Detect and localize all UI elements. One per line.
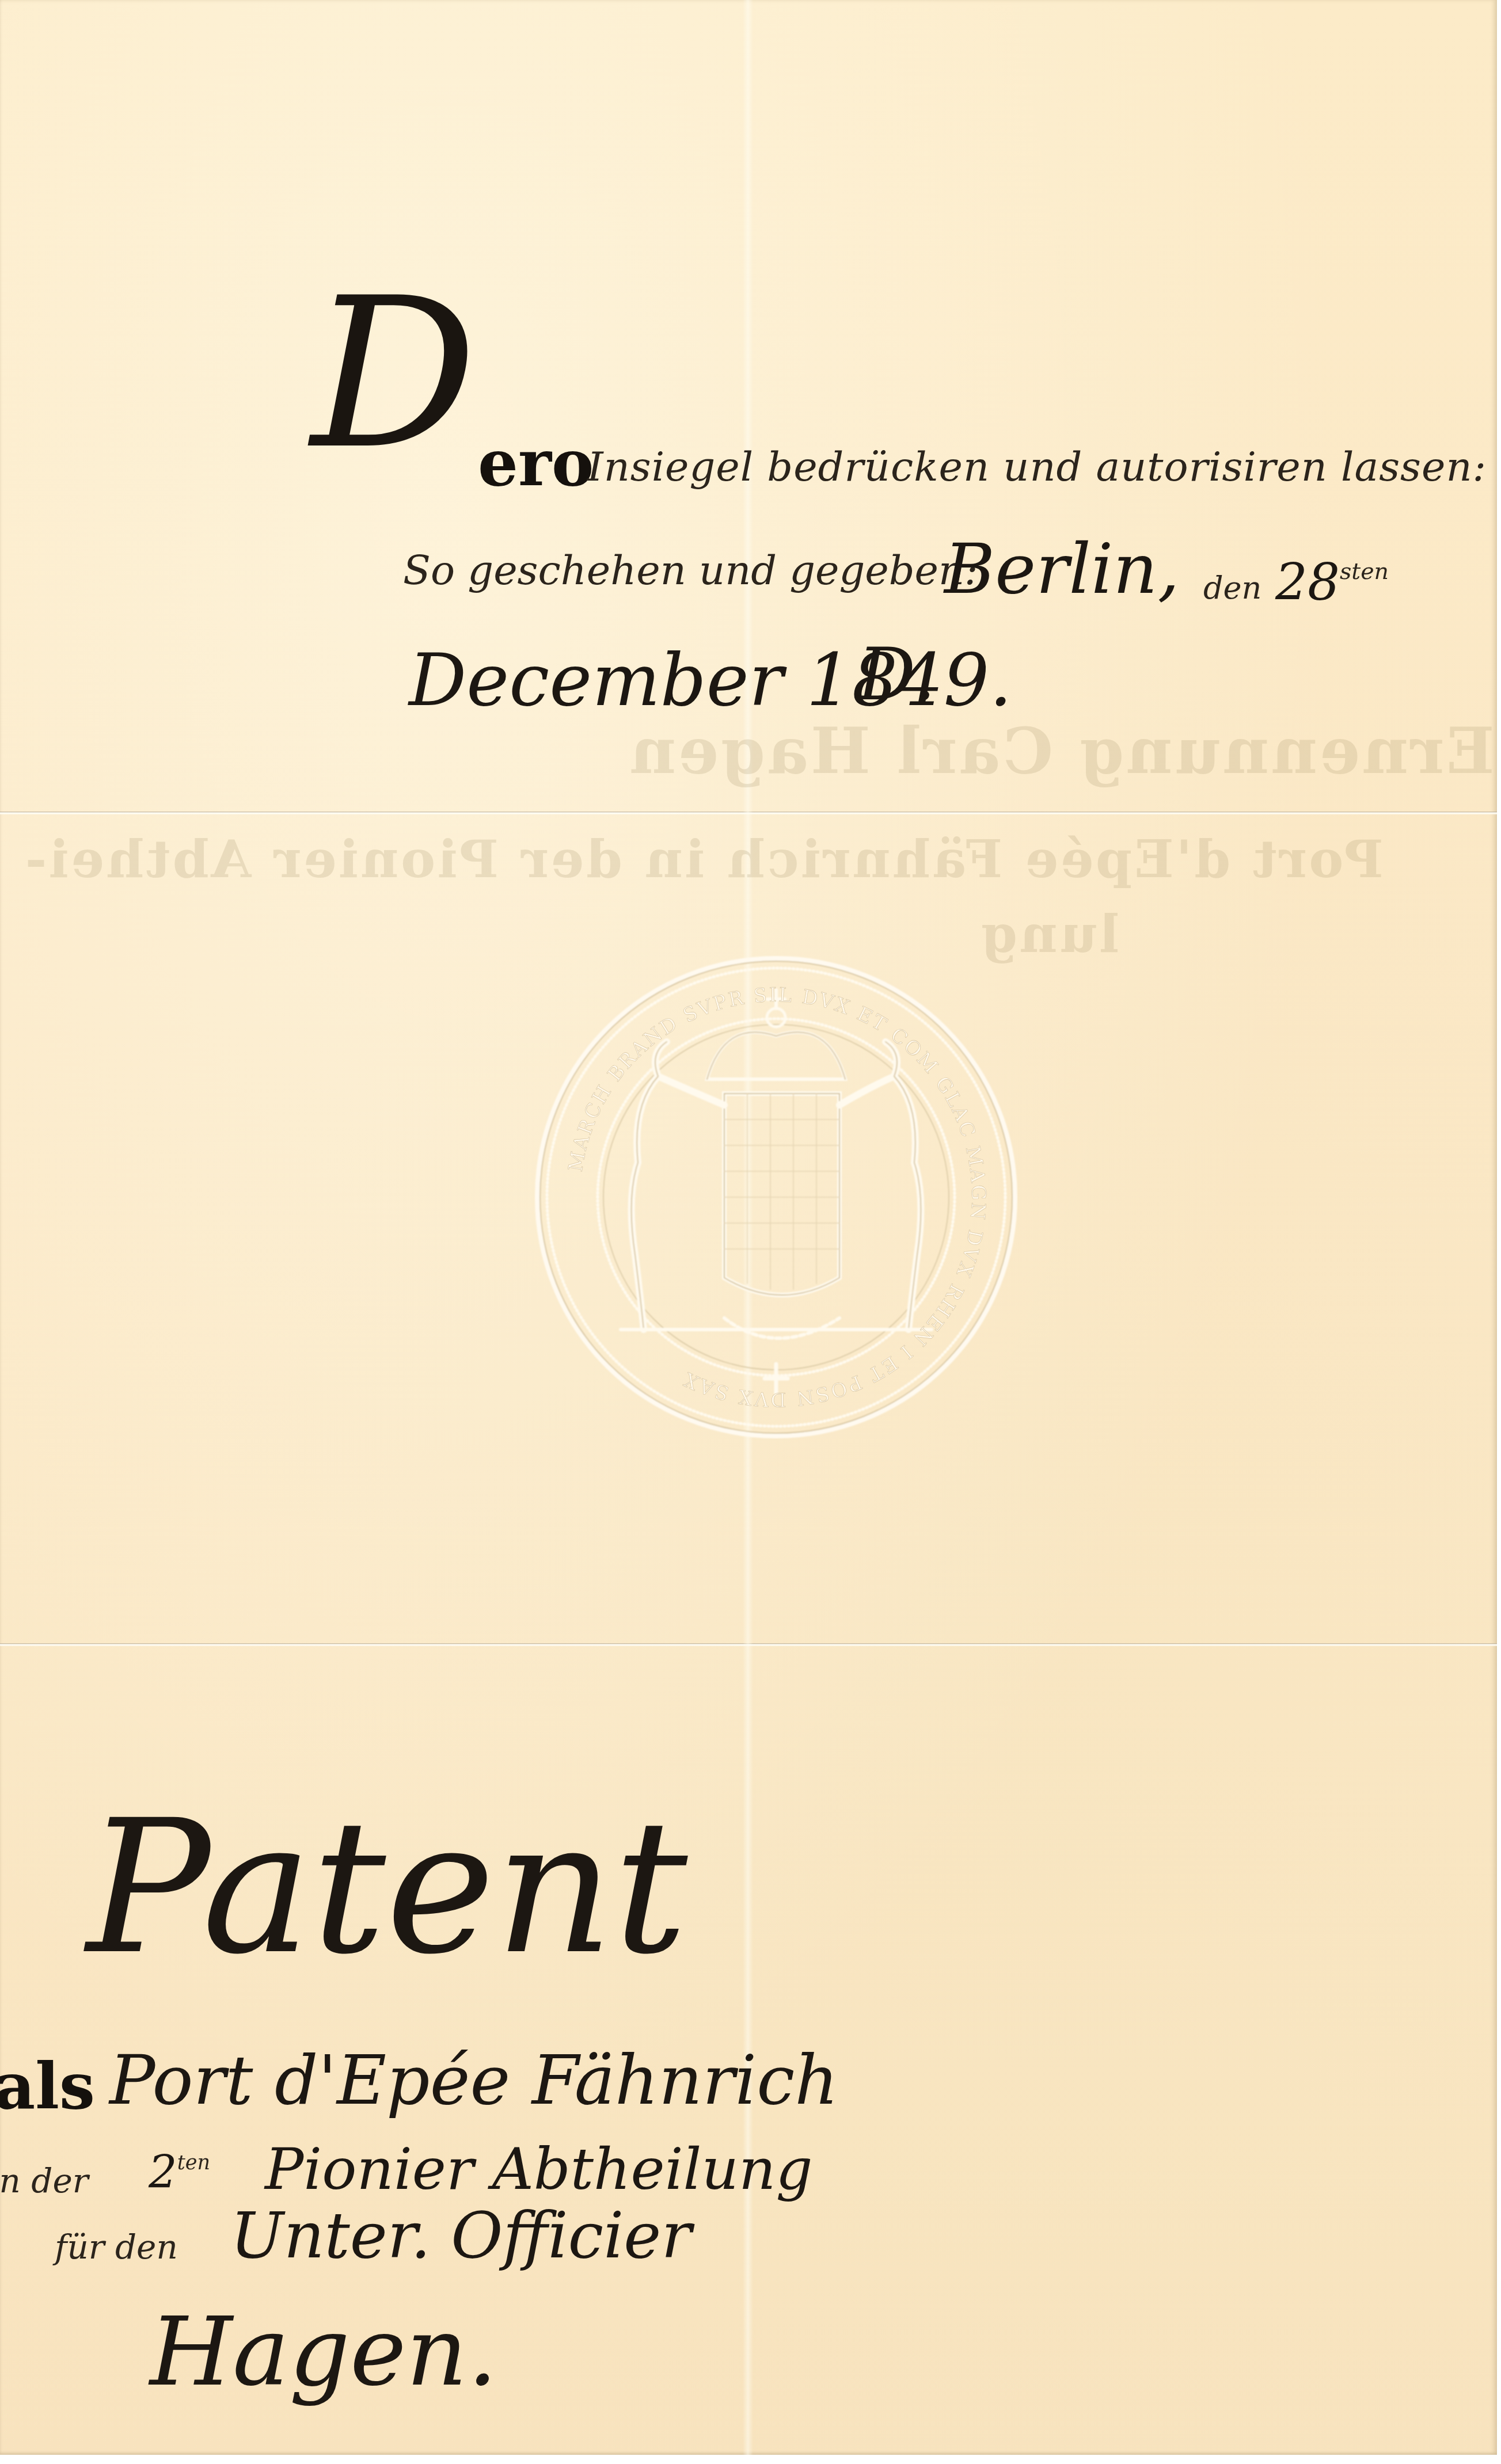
header-line-1: Insiegel bedrücken und autorisiren lasse…: [587, 443, 1487, 490]
header-day-number: 28: [1275, 553, 1340, 612]
patent-line-2-prefix: in der: [0, 2161, 89, 2200]
header-line-2-prefix: So geschehen und gegeben:: [403, 547, 978, 594]
scan-margin: [0, 2455, 1501, 2464]
patent-title: Patent: [86, 1796, 687, 1980]
bleed-through-line-2: Port d'Epée Fähnrich in der Pionier Abth…: [23, 829, 1384, 890]
patent-subrank: Unter. Officier: [230, 2199, 691, 2272]
decorative-initial: D: [311, 271, 477, 478]
patent-als: als: [0, 2049, 95, 2123]
header-place: Berlin,: [944, 530, 1180, 610]
recipient-name: Hagen.: [150, 2297, 497, 2407]
document-paper: Ernennung Carl Hagen Port d'Epée Fähnric…: [0, 0, 1497, 2455]
patent-rank: Port d'Epée Fähnrich: [109, 2040, 838, 2120]
patent-unit: Pionier Abtheilung: [265, 2135, 812, 2203]
patent-ordinal: 2ten: [149, 2147, 210, 2199]
patent-line-3-prefix: für den: [55, 2227, 178, 2267]
header-den: den: [1203, 570, 1261, 606]
patent-ordinal-suffix: ten: [177, 2151, 210, 2174]
header-initial-rest: ero: [478, 426, 594, 500]
header-day-suffix: sten: [1340, 558, 1389, 585]
header-abbreviation: D.: [858, 633, 936, 717]
embossed-royal-seal: MARCH BRAND SVPR SIL DVX ET COM GLAC MAG…: [534, 955, 1018, 1439]
header-day: 28sten: [1275, 553, 1389, 612]
bleed-through-line-1: Ernennung Carl Hagen: [628, 714, 1495, 788]
patent-ordinal-number: 2: [149, 2147, 177, 2199]
